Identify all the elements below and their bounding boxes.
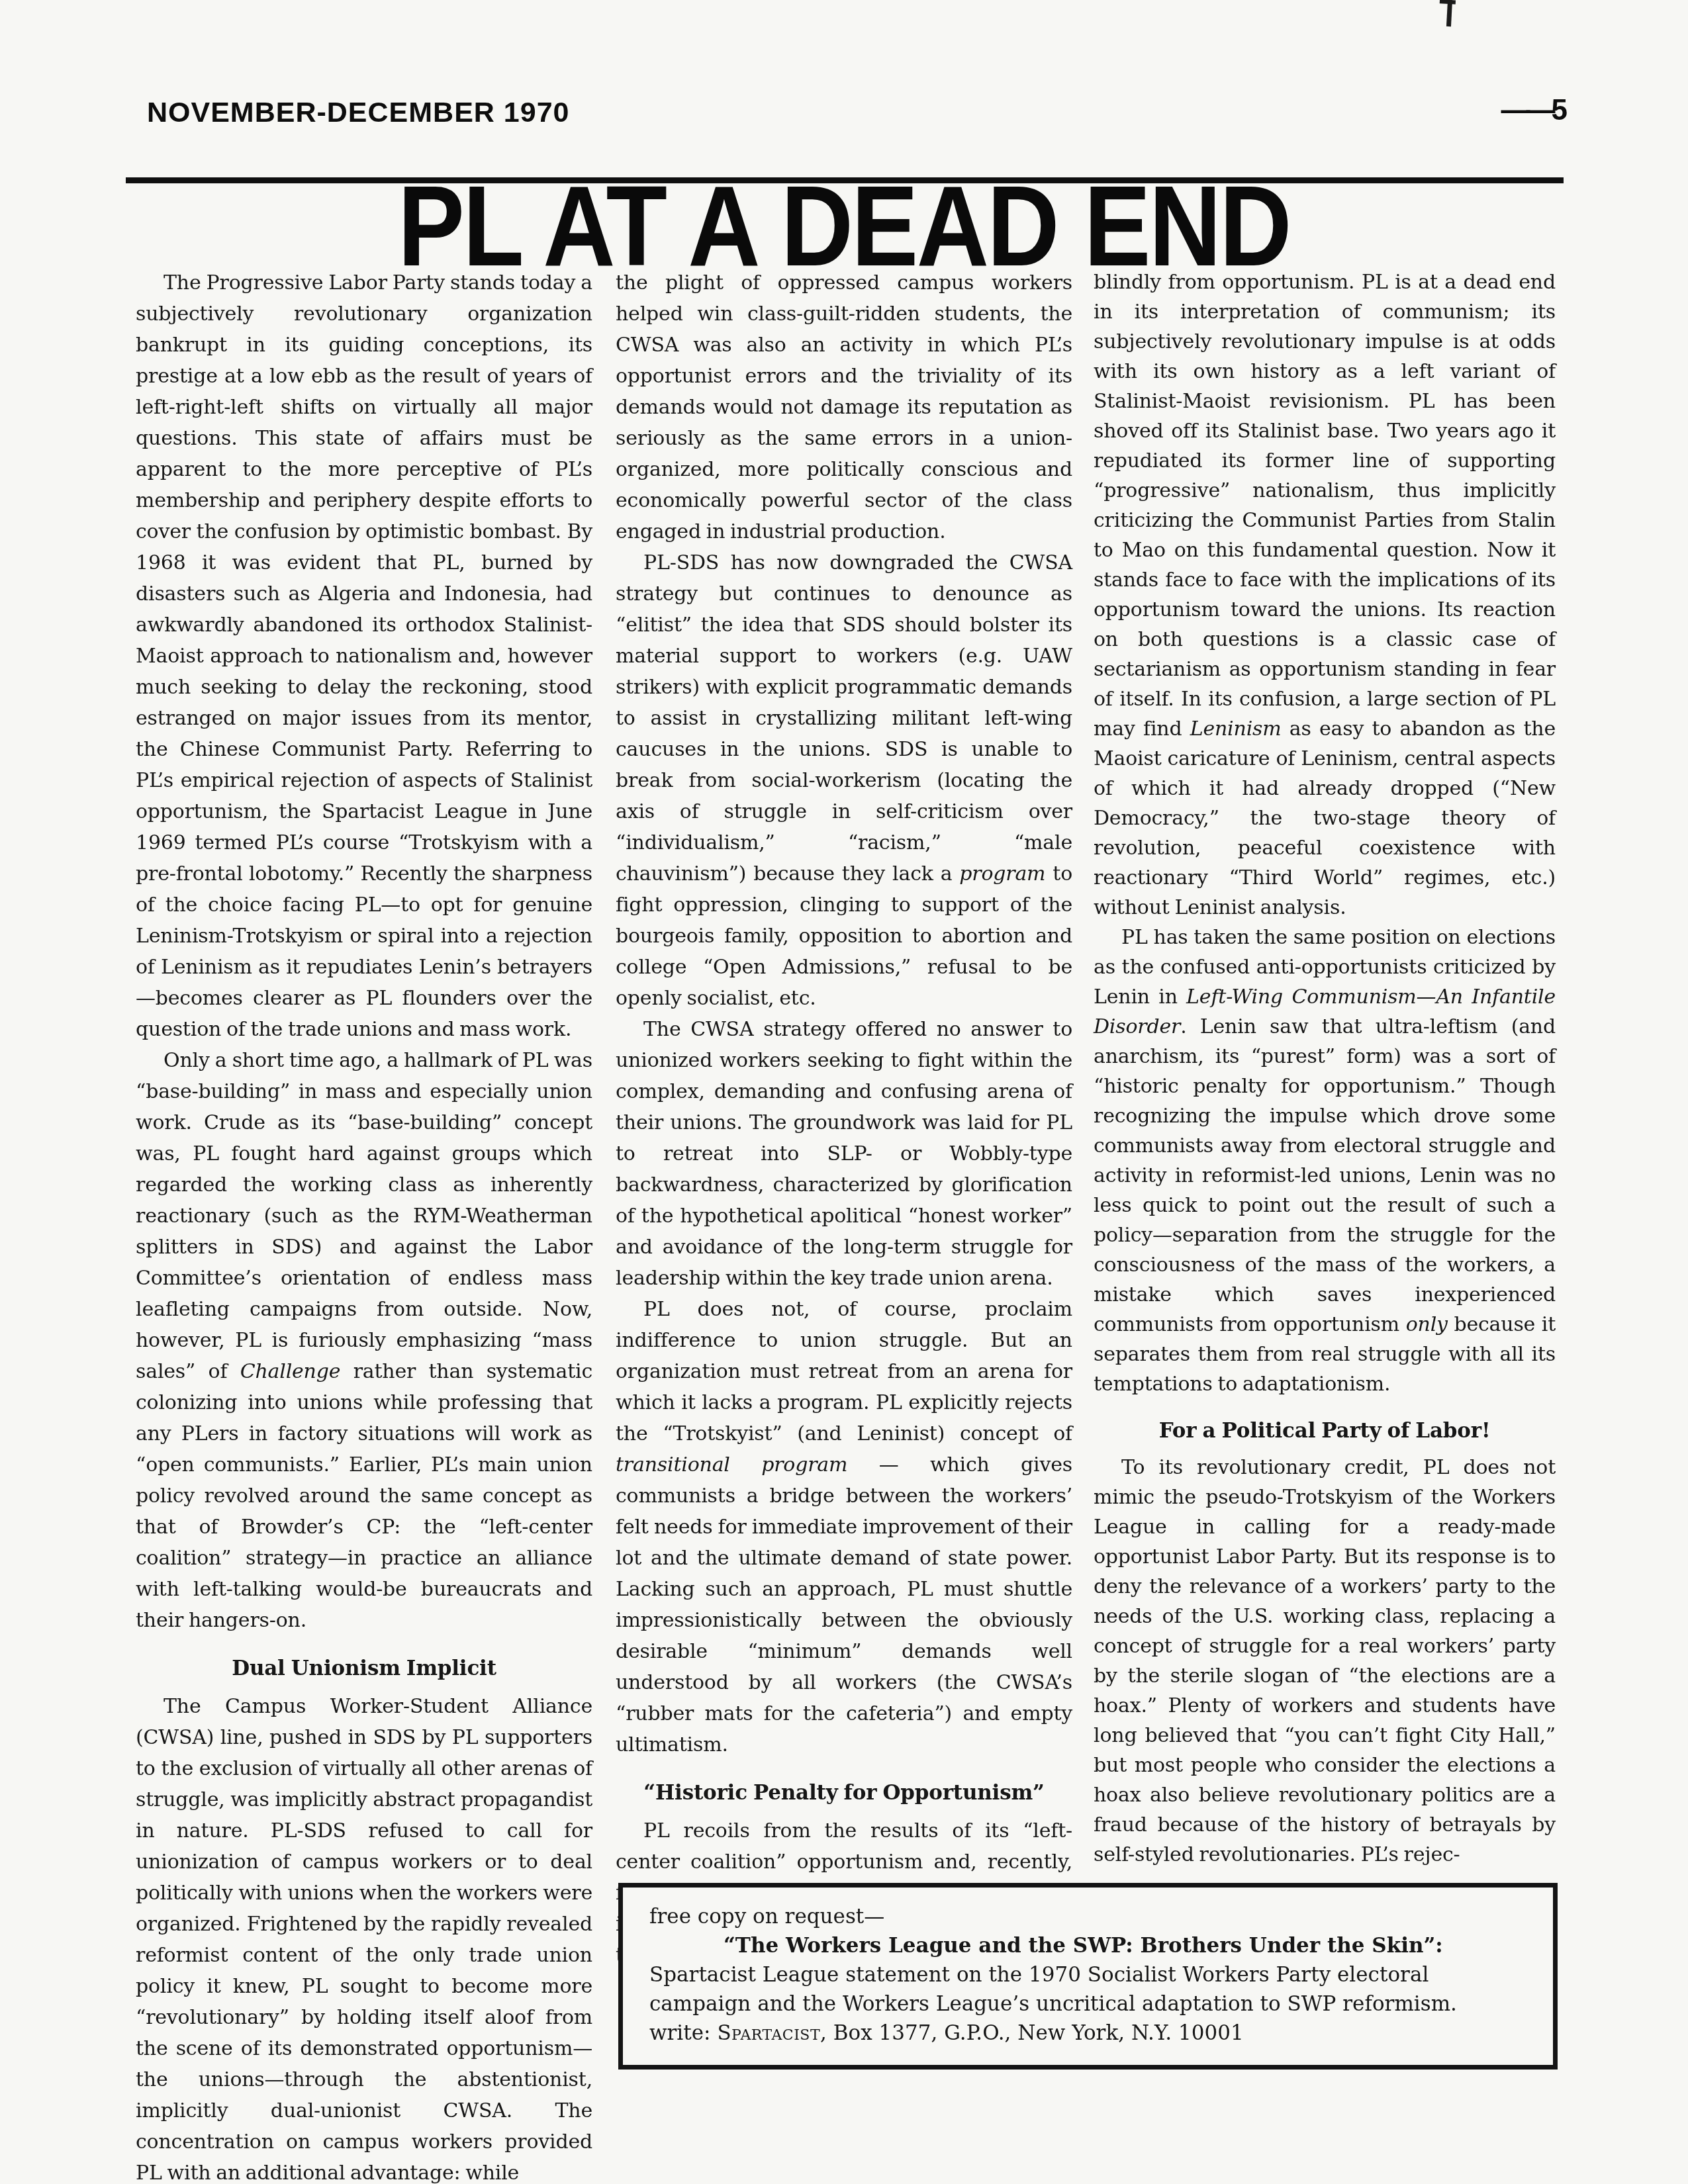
paragraph: The Campus Worker-Student Alliance (CWSA… [136,1691,592,2184]
paragraph: The CWSA strategy offered no answer to u… [616,1014,1072,1294]
paragraph: Only a short time ago, a hallmark of PL … [136,1045,592,1636]
paragraph: PL has taken the same position on electi… [1094,923,1556,1399]
scan-artifact-mark [1446,0,1452,26]
paragraph: PL does not, of course, proclaim indiffe… [616,1294,1072,1760]
article-column-3: blindly from opportunism. PL is at a dea… [1094,267,1556,1911]
notice-intro: free copy on request— [649,1902,1526,1931]
section-subheading: Dual Unionism Implicit [136,1653,592,1684]
article-column-1: The Progressive Labor Party stands today… [136,267,592,2184]
newspaper-page: NOVEMBER-DECEMBER 1970 ——5 PL AT A DEAD … [0,0,1688,2184]
section-subheading: “Historic Penalty for Opportunism” [616,1778,1072,1809]
notice-box: free copy on request— “The Workers Leagu… [618,1883,1558,2070]
paragraph: the plight of oppressed campus workers h… [616,267,1072,547]
page-number: ——5 [1501,94,1564,127]
section-subheading: For a Political Party of Labor! [1094,1416,1556,1446]
article-headline: PL AT A DEAD END [101,169,1587,283]
article-column-2: the plight of oppressed campus workers h… [616,267,1072,1971]
paragraph: To its revolutionary credit, PL does not… [1094,1453,1556,1870]
notice-title: “The Workers League and the SWP: Brother… [649,1931,1526,1960]
paragraph: The Progressive Labor Party stands today… [136,267,592,1045]
paragraph: blindly from opportunism. PL is at a dea… [1094,267,1556,923]
notice-body: Spartacist League statement on the 1970 … [649,1960,1526,2019]
notice-address: write: Spartacist, Box 1377, G.P.O., New… [649,2019,1526,2048]
issue-date: NOVEMBER-DECEMBER 1970 [147,97,569,129]
paragraph: PL-SDS has now downgraded the CWSA strat… [616,547,1072,1014]
